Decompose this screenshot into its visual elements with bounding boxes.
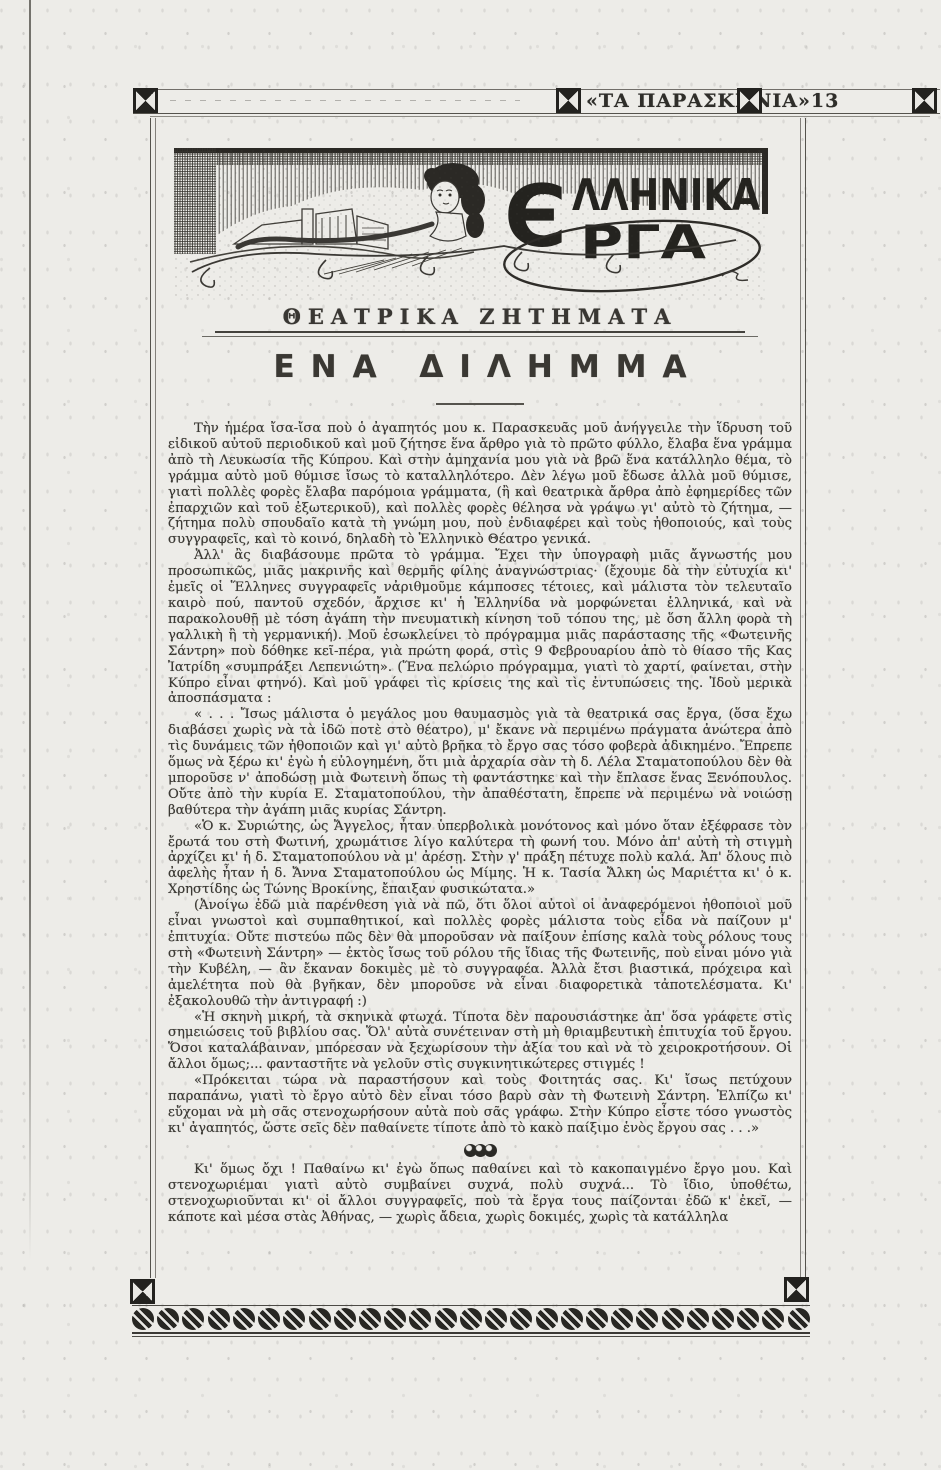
hourglass-ornament-icon xyxy=(556,88,581,113)
footer-rule xyxy=(132,1336,810,1337)
publication-title-text: «ΤΑ ΠΑΡΑΣΚΗΝΙΑ» xyxy=(586,90,811,112)
paragraph: Κι' ὅμως ὄχι ! Παθαίνω κι' ἐγὼ ὅπως παθα… xyxy=(168,1162,792,1226)
striped-disc-icon xyxy=(409,1308,431,1330)
striped-disc-icon xyxy=(359,1308,381,1330)
striped-disc-icon xyxy=(611,1308,633,1330)
paragraph: «Ὁ κ. Συριώτης, ὡς Ἄγγελος, ἦταν ὑπερβολ… xyxy=(168,819,792,899)
publication-title: «ΤΑ ΠΑΡΑΣΚΗΝΙΑ»13 xyxy=(586,90,839,112)
striped-disc-icon xyxy=(485,1308,507,1330)
page-header: «ΤΑ ΠΑΡΑΣΚΗΝΙΑ»13 xyxy=(0,86,941,120)
striped-disc-icon xyxy=(334,1308,356,1330)
frame-right-rule-inner xyxy=(800,118,801,1278)
striped-disc-icon xyxy=(208,1308,230,1330)
hourglass-ornament-icon xyxy=(912,88,937,113)
striped-disc-icon xyxy=(737,1308,759,1330)
article: ΘΕΑΤΡΙΚΑ ΖΗΤΗΜΑΤΑ ΕΝΑ ΔΙΛΗΜΜΑ Τὴν ἡμέρα … xyxy=(168,304,792,1225)
section-underline xyxy=(215,331,745,333)
striped-disc-icon xyxy=(636,1308,658,1330)
striped-disc-icon xyxy=(157,1308,179,1330)
striped-disc-icon xyxy=(712,1308,734,1330)
paragraph: « . . . Ἴσως μάλιστα ὁ μεγάλος μου θαυμα… xyxy=(168,707,792,818)
striped-disc-icon xyxy=(762,1308,784,1330)
masthead: Є ΛΛΗΝΙΚΑ ΡΓΑ xyxy=(174,148,768,300)
header-dotted-rule xyxy=(170,100,520,101)
striped-disc-icon xyxy=(182,1308,204,1330)
page-number: 13 xyxy=(811,90,839,112)
bottom-border-circles xyxy=(132,1308,810,1330)
frame-left-rule xyxy=(150,118,151,1278)
paragraph: «Ἡ σκηνὴ μικρή, τὰ σκηνικὰ φτωχά. Τίποτα… xyxy=(168,1010,792,1074)
hourglass-ornament-icon xyxy=(133,88,158,113)
paragraph: (Ἀνοίγω ἐδῶ μιὰ παρένθεση γιὰ νὰ πῶ, ὅτι… xyxy=(168,898,792,1009)
frame-left-rule-inner xyxy=(155,118,156,1278)
striped-disc-icon xyxy=(132,1308,154,1330)
striped-disc-icon xyxy=(283,1308,305,1330)
striped-disc-icon xyxy=(435,1308,457,1330)
striped-disc-icon xyxy=(233,1308,255,1330)
striped-disc-icon xyxy=(258,1308,280,1330)
masthead-illustration: Є ΛΛΗΝΙΚΑ ΡΓΑ xyxy=(174,148,768,300)
section-underline-2 xyxy=(202,336,758,337)
scan-edge-artifact xyxy=(29,0,31,1260)
hourglass-ornament-icon xyxy=(784,1277,809,1302)
article-title: ΕΝΑ ΔΙΛΗΜΜΑ xyxy=(168,349,792,385)
footer-ornament-border xyxy=(132,1303,810,1339)
hourglass-ornament-icon xyxy=(737,88,762,113)
paragraph: Τὴν ἡμέρα ἴσα-ἴσα ποὺ ὁ ἀγαπητός μου κ. … xyxy=(168,421,792,548)
footer-rule xyxy=(132,1305,810,1306)
striped-disc-icon xyxy=(384,1308,406,1330)
section-title: ΘΕΑΤΡΙΚΑ ΖΗΤΗΜΑΤΑ xyxy=(168,304,792,329)
striped-disc-icon xyxy=(510,1308,532,1330)
paragraph: «Πρόκειται τώρα νὰ παραστήσουν καὶ τοὺς … xyxy=(168,1073,792,1137)
paragraph: Ἀλλ' ἂς διαβάσουμε πρῶτα τὸ γράμμα. Ἔχει… xyxy=(168,548,792,707)
striped-disc-icon xyxy=(460,1308,482,1330)
ball-icon xyxy=(484,1144,497,1157)
striped-disc-icon xyxy=(586,1308,608,1330)
title-rule xyxy=(436,403,524,405)
section-heading: ΘΕΑΤΡΙΚΑ ΖΗΤΗΜΑΤΑ xyxy=(168,304,792,337)
hourglass-ornament-icon xyxy=(130,1279,155,1304)
footer-rule xyxy=(132,1332,810,1334)
header-bottom-rule-2 xyxy=(150,116,930,117)
striped-disc-icon xyxy=(561,1308,583,1330)
article-body: Τὴν ἡμέρα ἴσα-ἴσα ποὺ ὁ ἀγαπητός μου κ. … xyxy=(168,421,792,1225)
striped-disc-icon xyxy=(309,1308,331,1330)
header-bottom-rule xyxy=(133,113,940,114)
striped-disc-icon xyxy=(788,1308,810,1330)
striped-disc-icon xyxy=(536,1308,558,1330)
three-balls-separator-icon xyxy=(168,1143,792,1157)
striped-disc-icon xyxy=(687,1308,709,1330)
frame-right-rule xyxy=(805,118,806,1278)
striped-disc-icon xyxy=(662,1308,684,1330)
